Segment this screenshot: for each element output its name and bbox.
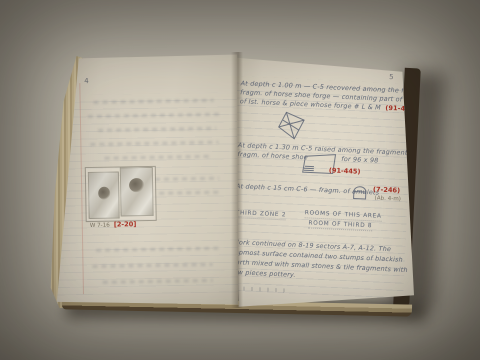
notebook-photo-scene: 4 W 7-16 [2-20]	[0, 0, 480, 360]
find-ref-pencil: (Ab. 4-m)	[374, 195, 401, 202]
photo-frame	[85, 166, 157, 222]
left-page-number: 4	[84, 77, 89, 85]
find-sketch-pot	[350, 185, 369, 201]
find-sketch-stamp	[276, 110, 307, 141]
entry-2-note: for 96 x 98	[341, 155, 379, 166]
left-page: 4 W 7-16 [2-20]	[55, 52, 238, 307]
glued-photo-1	[88, 171, 120, 219]
right-page: 5 At depth c 1.00 m — C-5 recovered amon…	[236, 54, 414, 308]
photo-caption-red: [2-20]	[114, 220, 137, 228]
glued-photo-2	[120, 167, 154, 217]
find-ref-red-2: (91-445)	[329, 166, 361, 175]
book-spine-crease	[231, 52, 243, 308]
right-page-number: 5	[389, 73, 394, 81]
find-ref-red-3: (7-246)	[373, 185, 400, 194]
photo-caption-pencil: W 7-16	[90, 223, 110, 229]
